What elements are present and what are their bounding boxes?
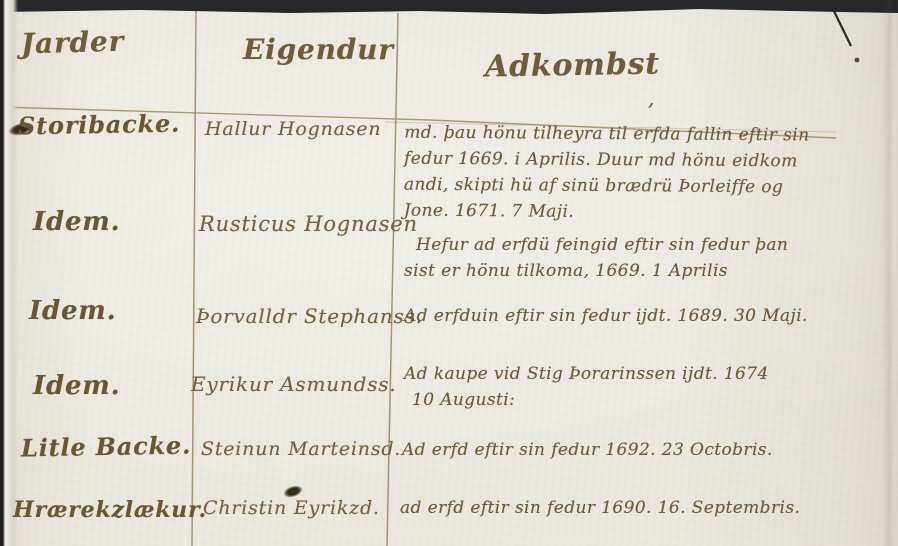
owner-name: Steinun Marteinsd. [201, 438, 401, 460]
adkombst-line: andi, skipti hü af sinü brædrü Þorleiffe… [404, 172, 809, 201]
farm-name: Idem. [33, 371, 120, 401]
ink-speck [855, 58, 860, 63]
column-divider-1 [192, 11, 196, 546]
adkombst-line: sist er hönu tilkoma, 1669. 1 Aprilis [404, 258, 788, 284]
scan-edge-top [0, 0, 898, 16]
column-header-jarder: Jarder [21, 25, 125, 61]
farm-name: Litle Backe. [21, 431, 192, 463]
adkombst-line: fedur 1669. i Aprilis. Duur md hönu eidk… [404, 146, 809, 175]
farm-name: Idem. [33, 207, 120, 237]
adkombst-entry: ad erfd eftir sin fedur 1690. 16. Septem… [400, 495, 800, 521]
pen-scratch-mark [832, 7, 851, 46]
adkombst-entry: Ad erfduin eftir sin fedur ijdt. 1689. 3… [404, 303, 808, 329]
farm-name: Idem. [29, 296, 116, 326]
owner-name: Þorvalldr Stephanss. [196, 304, 423, 328]
paper-crease [882, 0, 894, 546]
adkombst-entry: Ad erfd eftir sin fedur 1692. 23 Octobri… [402, 437, 773, 463]
header-comma-mark: , [648, 86, 655, 110]
page-binding-edge [0, 0, 18, 546]
owner-name: Christin Eyrikzd. [203, 497, 380, 519]
owner-name: Eyrikur Asmundss. [191, 372, 397, 396]
adkombst-entry: Ad kaupe vid Stig Þorarinssen ijdt. 1674… [404, 361, 769, 413]
adkombst-line: Ad erfduin eftir sin fedur ijdt. 1689. 3… [404, 303, 808, 329]
farm-name: Hrærekzlækur. [13, 497, 207, 523]
adkombst-line: Jone. 1671. 7 Maji. [404, 198, 809, 227]
column-header-eigendur: Eigendur [243, 33, 394, 66]
adkombst-entry: Hefur ad erfdü feingid eftir sin fedur þ… [404, 232, 788, 284]
adkombst-line: Ad kaupe vid Stig Þorarinssen ijdt. 1674 [404, 361, 769, 387]
adkombst-line: ad erfd eftir sin fedur 1690. 16. Septem… [400, 495, 800, 521]
adkombst-line: 10 Augusti: [404, 387, 769, 413]
adkombst-line: Ad erfd eftir sin fedur 1692. 23 Octobri… [402, 437, 773, 463]
owner-name: Rusticus Hognasen [199, 212, 418, 236]
column-header-adkombst: Adkombst [485, 46, 661, 84]
column-divider-2 [387, 13, 398, 546]
adkombst-line: md. þau hönu tilheyra til erfda fallin e… [404, 120, 809, 149]
adkombst-line: Hefur ad erfdü feingid eftir sin fedur þ… [404, 232, 788, 258]
adkombst-entry: md. þau hönu tilheyra til erfda fallin e… [404, 120, 810, 227]
manuscript-page: Jarder Eigendur Adkombst , Storibacke. I… [0, 0, 898, 546]
owner-name: Hallur Hognasen [205, 118, 381, 140]
farm-name: Storibacke. [18, 109, 181, 141]
